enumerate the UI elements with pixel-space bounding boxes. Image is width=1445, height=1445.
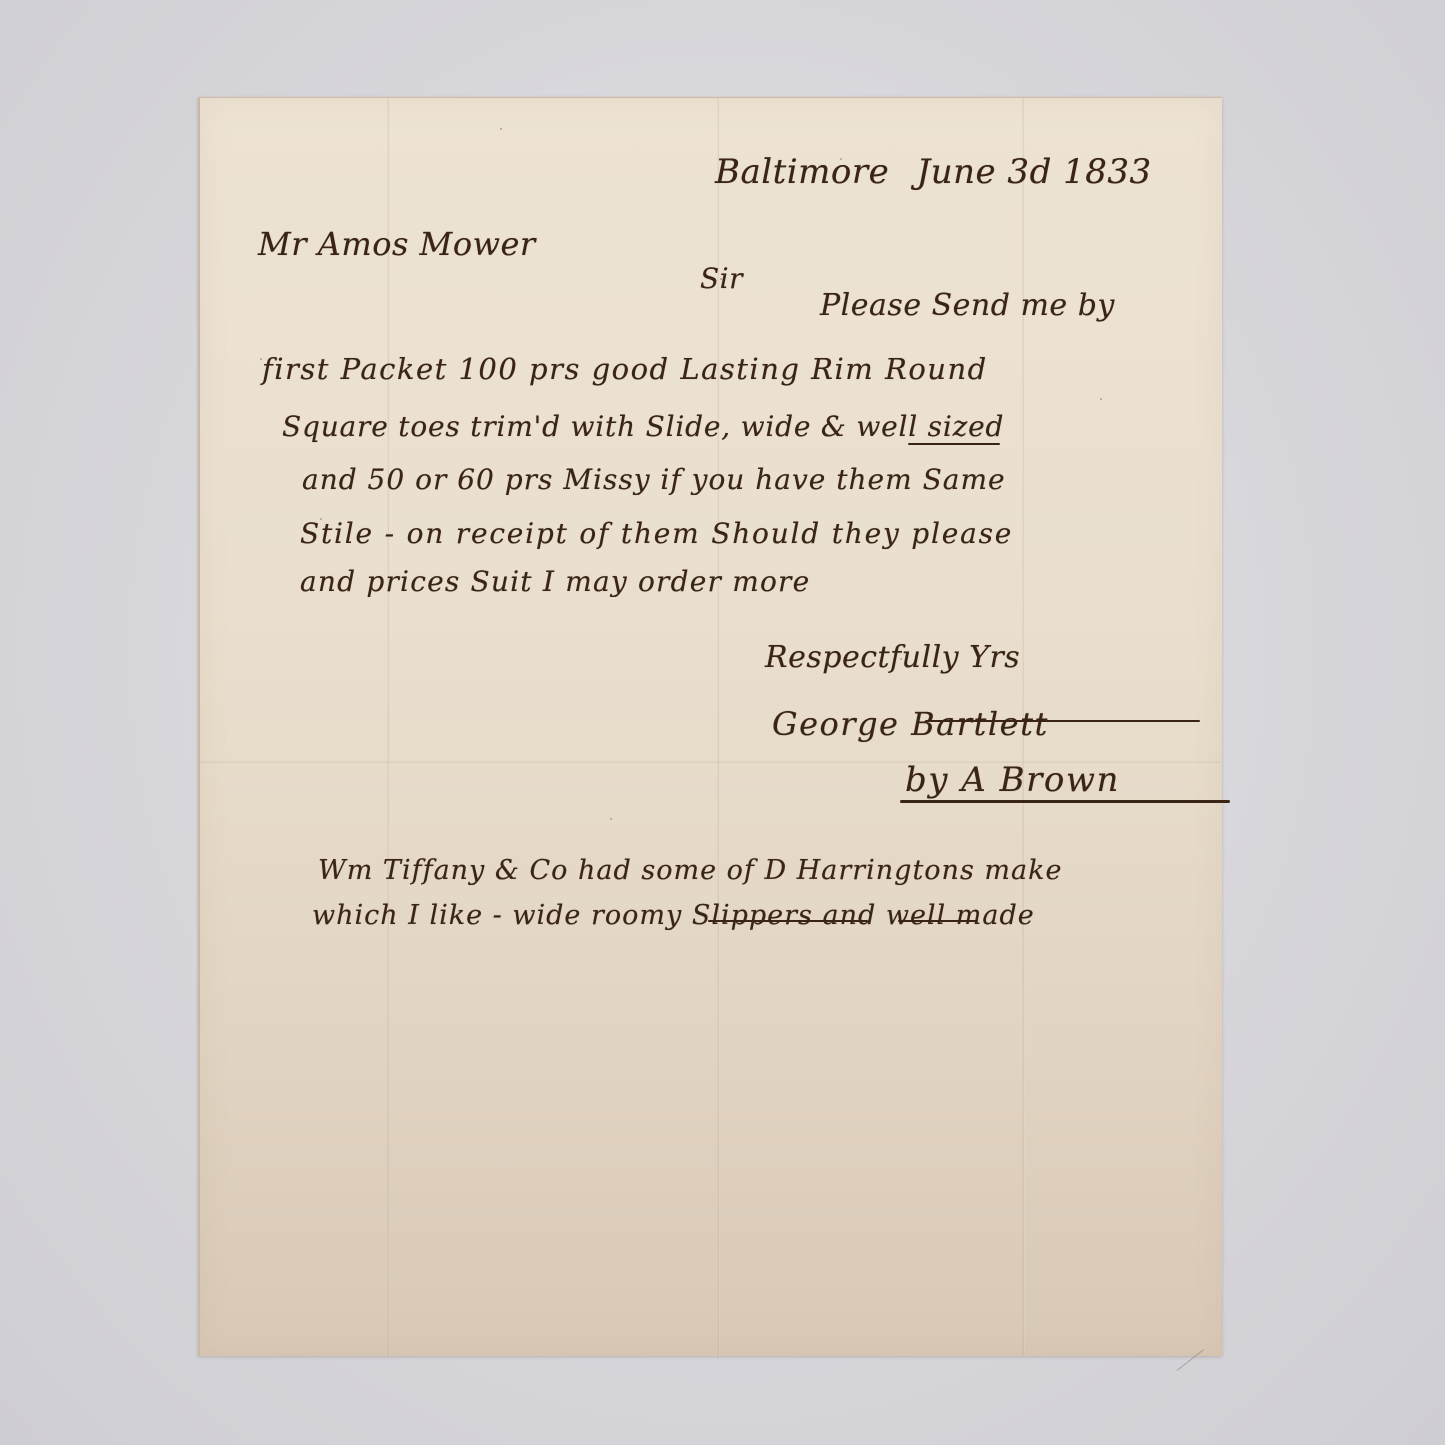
postscript-line-1: Wm Tiffany & Co had some of D Harrington… xyxy=(318,855,1062,886)
recipient: Mr Amos Mower xyxy=(258,225,536,263)
signature-flourish xyxy=(900,800,1230,803)
dateline-date: June 3d 1833 xyxy=(917,152,1152,192)
body-line-5: Stile - on receipt of them Should they p… xyxy=(300,517,1013,550)
paper-speck xyxy=(610,818,612,820)
body-line-1: Please Send me by xyxy=(820,288,1115,323)
signature-strike xyxy=(925,720,1200,722)
underline-slippers xyxy=(898,920,978,922)
signature-name: George Bartlett xyxy=(772,705,1049,743)
paper-speck xyxy=(1100,398,1102,400)
body-line-4: and 50 or 60 prs Missy if you have them … xyxy=(302,463,1006,496)
paper-speck xyxy=(500,128,502,130)
body-line-3: Square toes trim'd with Slide, wide & we… xyxy=(282,410,1004,443)
postscript-line-2-text: which I like - wide roomy Slippers and w… xyxy=(312,900,1035,931)
body-line-6: and prices Suit I may order more xyxy=(300,565,810,598)
body-line-3-text: Square toes trim'd with Slide, wide & we… xyxy=(282,410,1004,443)
underline-wide xyxy=(908,443,1000,445)
salutation: Sir xyxy=(700,262,743,295)
underline-wide-roomy xyxy=(708,920,868,922)
body-line-2: first Packet 100 prs good Lasting Rim Ro… xyxy=(262,352,988,386)
postscript-line-2: which I like - wide roomy Slippers and w… xyxy=(312,900,1035,931)
dateline-place: Baltimore xyxy=(715,152,889,192)
closing: Respectfully Yrs xyxy=(765,640,1020,675)
fold-crease-vertical xyxy=(387,98,390,1356)
corner-crease xyxy=(1177,1349,1204,1371)
dateline: Baltimore June 3d 1833 xyxy=(715,152,1152,192)
signature-by-line: by A Brown xyxy=(905,760,1120,800)
